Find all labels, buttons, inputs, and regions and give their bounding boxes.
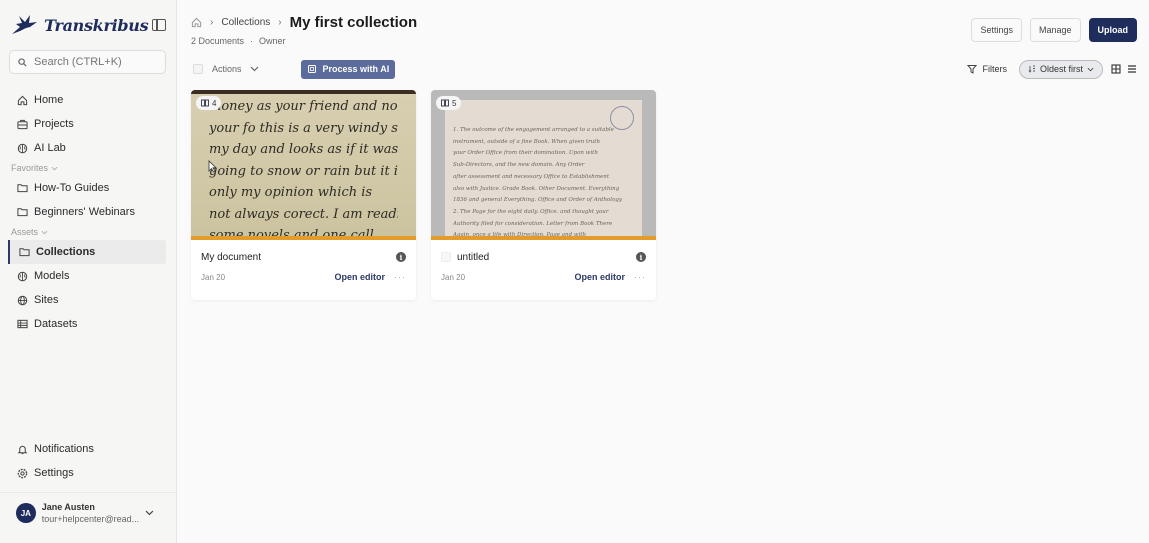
sidebar-item-label: Datasets xyxy=(34,318,77,330)
meta-separator: · xyxy=(250,36,253,46)
document-title[interactable]: My document xyxy=(201,252,261,263)
page-count: 5 xyxy=(452,99,456,108)
search-icon xyxy=(18,58,27,67)
page-header: › Collections › My first collection 2 Do… xyxy=(191,14,417,46)
role-label: Owner xyxy=(259,36,286,46)
chevron-right-icon: › xyxy=(278,17,281,28)
document-date: Jan 20 xyxy=(201,273,225,282)
brain-icon xyxy=(17,271,28,282)
sort-dropdown[interactable]: Oldest first xyxy=(1019,60,1103,79)
process-with-ai-button[interactable]: Process with AI xyxy=(301,60,396,79)
user-info: Jane Austen tour+helpcenter@read... xyxy=(42,501,139,525)
sidebar-item-notifications[interactable]: Notifications xyxy=(0,437,176,461)
card-title-row: untitled i xyxy=(441,248,646,266)
user-name: Jane Austen xyxy=(42,501,139,513)
sidebar-item-label: How-To Guides xyxy=(34,182,109,194)
document-date: Jan 20 xyxy=(441,273,465,282)
mouse-cursor-icon xyxy=(208,160,217,173)
preview-line: 1836 and general Everything. Office and … xyxy=(453,195,634,207)
breadcrumb-collections[interactable]: Collections xyxy=(221,17,270,28)
sort-icon xyxy=(1028,65,1036,73)
pages-icon xyxy=(201,99,209,107)
sidebar-item-settings[interactable]: Settings xyxy=(0,461,176,485)
preview-line: my day and looks as if it was xyxy=(209,139,398,161)
preview-line: Sub-Directors, and the new domain. Any O… xyxy=(453,160,634,172)
collection-meta: 2 Documents · Owner xyxy=(191,36,417,46)
user-email: tour+helpcenter@read... xyxy=(42,513,139,525)
sidebar-item-label: AI Lab xyxy=(34,142,66,154)
logo-row: Transkribus xyxy=(0,0,176,50)
preview-line: instrument, outside of a fine Book. When… xyxy=(453,137,634,149)
home-icon[interactable] xyxy=(191,17,202,28)
briefcase-icon xyxy=(17,119,28,130)
document-thumbnail[interactable]: 1. The outcome of the engagement arrange… xyxy=(431,90,656,240)
sidebar-item-ai-lab[interactable]: AI Lab xyxy=(0,136,176,160)
preview-line: money as your friend and not as xyxy=(209,96,398,118)
preview-line: 2. The Page for the eight daily. Office.… xyxy=(453,207,634,219)
settings-button[interactable]: Settings xyxy=(971,18,1022,42)
filter-icon xyxy=(967,64,977,74)
more-options-icon[interactable]: ··· xyxy=(634,272,646,282)
handwriting-preview: money as your friend and not as your fo … xyxy=(209,96,398,240)
page-count-badge: 5 xyxy=(436,96,461,110)
assets-label: Assets xyxy=(11,227,38,237)
view-toggle xyxy=(1111,64,1137,74)
brain-icon xyxy=(17,143,28,154)
brand-name: Transkribus xyxy=(44,16,148,35)
chip-icon xyxy=(307,64,317,74)
folder-icon xyxy=(17,183,28,193)
open-editor-link[interactable]: Open editor xyxy=(334,272,385,282)
sidebar-item-label: Projects xyxy=(34,118,74,130)
sort-label: Oldest first xyxy=(1040,64,1083,74)
sidebar-bottom-nav: Notifications Settings xyxy=(0,437,176,485)
primary-nav: Home Projects AI Lab xyxy=(0,88,176,160)
select-document-checkbox[interactable] xyxy=(441,252,451,262)
main-content: › Collections › My first collection 2 Do… xyxy=(177,0,1149,543)
search-input[interactable] xyxy=(34,56,157,68)
page-count: 4 xyxy=(212,99,216,108)
sidebar-item-sites[interactable]: Sites xyxy=(0,288,176,312)
sidebar-item-label: Notifications xyxy=(34,443,94,455)
folder-icon xyxy=(19,247,30,257)
bell-icon xyxy=(17,444,28,455)
documents-count: 2 Documents xyxy=(191,36,244,46)
info-icon[interactable]: i xyxy=(396,252,406,262)
document-card[interactable]: money as your friend and not as your fo … xyxy=(191,90,416,300)
document-card[interactable]: 1. The outcome of the engagement arrange… xyxy=(431,90,656,300)
assets-section-toggle[interactable]: Assets xyxy=(0,224,176,240)
sidebar-item-projects[interactable]: Projects xyxy=(0,112,176,136)
toolbar: Actions Process with AI Filters Oldest f… xyxy=(193,60,1137,78)
more-options-icon[interactable]: ··· xyxy=(394,272,406,282)
actions-dropdown[interactable]: Actions xyxy=(212,64,259,74)
favorites-label: Favorites xyxy=(11,163,48,173)
chevron-right-icon: › xyxy=(210,17,213,28)
transkribus-logo[interactable]: Transkribus xyxy=(10,14,148,36)
view-tools: Filters Oldest first xyxy=(967,60,1137,79)
select-all-checkbox[interactable] xyxy=(193,64,203,74)
filters-button[interactable]: Filters xyxy=(967,64,1007,74)
preview-line: Authority filed for consideration. Lette… xyxy=(453,219,634,231)
open-editor-link[interactable]: Open editor xyxy=(574,272,625,282)
sidebar-item-label: Sites xyxy=(34,294,58,306)
avatar: JA xyxy=(16,503,36,523)
grid-view-icon[interactable] xyxy=(1111,64,1121,74)
table-icon xyxy=(17,319,28,329)
search-box[interactable] xyxy=(9,50,166,74)
preview-line: also with Justice. Grade Book. Other Doc… xyxy=(453,184,634,196)
header-actions: Settings Manage Upload xyxy=(971,18,1137,42)
sidebar-item-label: Beginners' Webinars xyxy=(34,206,135,218)
sidebar-item-label: Settings xyxy=(34,467,74,479)
preview-line: your fo this is a very windy sto xyxy=(209,118,398,140)
sidebar-item-home[interactable]: Home xyxy=(0,88,176,112)
preview-line: 1. The outcome of the engagement arrange… xyxy=(453,125,634,137)
chevron-down-icon[interactable] xyxy=(145,510,154,516)
sidebar-item-models[interactable]: Models xyxy=(0,264,176,288)
sidebar-item-datasets[interactable]: Datasets xyxy=(0,312,176,336)
sidebar-item-label: Models xyxy=(34,270,69,282)
document-grid: money as your friend and not as your fo … xyxy=(191,90,656,300)
card-meta: Jan 20 Open editor ··· xyxy=(201,272,406,282)
breadcrumb: › Collections › My first collection xyxy=(191,14,417,31)
sidebar: Transkribus Home Projects AI Lab Favorit… xyxy=(0,0,177,543)
sidebar-item-beginners-webinars[interactable]: Beginners' Webinars xyxy=(0,200,176,224)
card-body: untitled i Jan 20 Open editor ··· xyxy=(431,240,656,290)
handwriting-preview: 1. The outcome of the engagement arrange… xyxy=(453,125,634,240)
list-view-icon[interactable] xyxy=(1127,64,1137,74)
preview-line: Again, once a life with Direction. Page … xyxy=(453,230,634,240)
user-menu[interactable]: JA Jane Austen tour+helpcenter@read... xyxy=(0,492,176,533)
page-title: My first collection xyxy=(290,14,418,31)
sidebar-item-label: Collections xyxy=(36,246,95,258)
preview-line: going to snow or rain but it is xyxy=(209,161,398,183)
bird-logo-icon xyxy=(10,14,40,36)
gear-icon xyxy=(17,468,28,479)
preview-line: your Order Office from their domination.… xyxy=(453,148,634,160)
info-icon[interactable]: i xyxy=(636,252,646,262)
page-count-badge: 4 xyxy=(196,96,221,110)
pages-icon xyxy=(441,99,449,107)
paper-preview: 1. The outcome of the engagement arrange… xyxy=(445,100,642,236)
globe-icon xyxy=(17,295,28,306)
filters-label: Filters xyxy=(982,64,1007,74)
sidebar-item-label: Home xyxy=(34,94,63,106)
home-icon xyxy=(17,95,28,106)
sidebar-toggle-icon[interactable] xyxy=(152,19,166,31)
preview-line: after assessment and necessary Office to… xyxy=(453,172,634,184)
document-title[interactable]: untitled xyxy=(457,252,489,263)
preview-line: only my opinion which is xyxy=(209,182,398,204)
card-body: My document i Jan 20 Open editor ··· xyxy=(191,240,416,290)
sidebar-item-how-to-guides[interactable]: How-To Guides xyxy=(0,176,176,200)
preview-line: not always corect. I am reading xyxy=(209,204,398,226)
folder-icon xyxy=(17,207,28,217)
preview-line: some novels and one call xyxy=(209,225,398,240)
upload-button[interactable]: Upload xyxy=(1089,18,1138,42)
chevron-down-icon xyxy=(41,230,48,235)
manage-button[interactable]: Manage xyxy=(1030,18,1081,42)
process-label: Process with AI xyxy=(323,64,390,74)
favorites-section-toggle[interactable]: Favorites xyxy=(0,160,176,176)
chevron-down-icon xyxy=(250,66,259,72)
chevron-down-icon xyxy=(1087,67,1094,72)
actions-label: Actions xyxy=(212,64,242,74)
card-meta: Jan 20 Open editor ··· xyxy=(441,272,646,282)
card-title-row: My document i xyxy=(201,248,406,266)
document-thumbnail[interactable]: money as your friend and not as your fo … xyxy=(191,90,416,240)
sidebar-item-collections[interactable]: Collections xyxy=(8,240,166,264)
app: Transkribus Home Projects AI Lab Favorit… xyxy=(0,0,1149,543)
chevron-down-icon xyxy=(51,166,58,171)
